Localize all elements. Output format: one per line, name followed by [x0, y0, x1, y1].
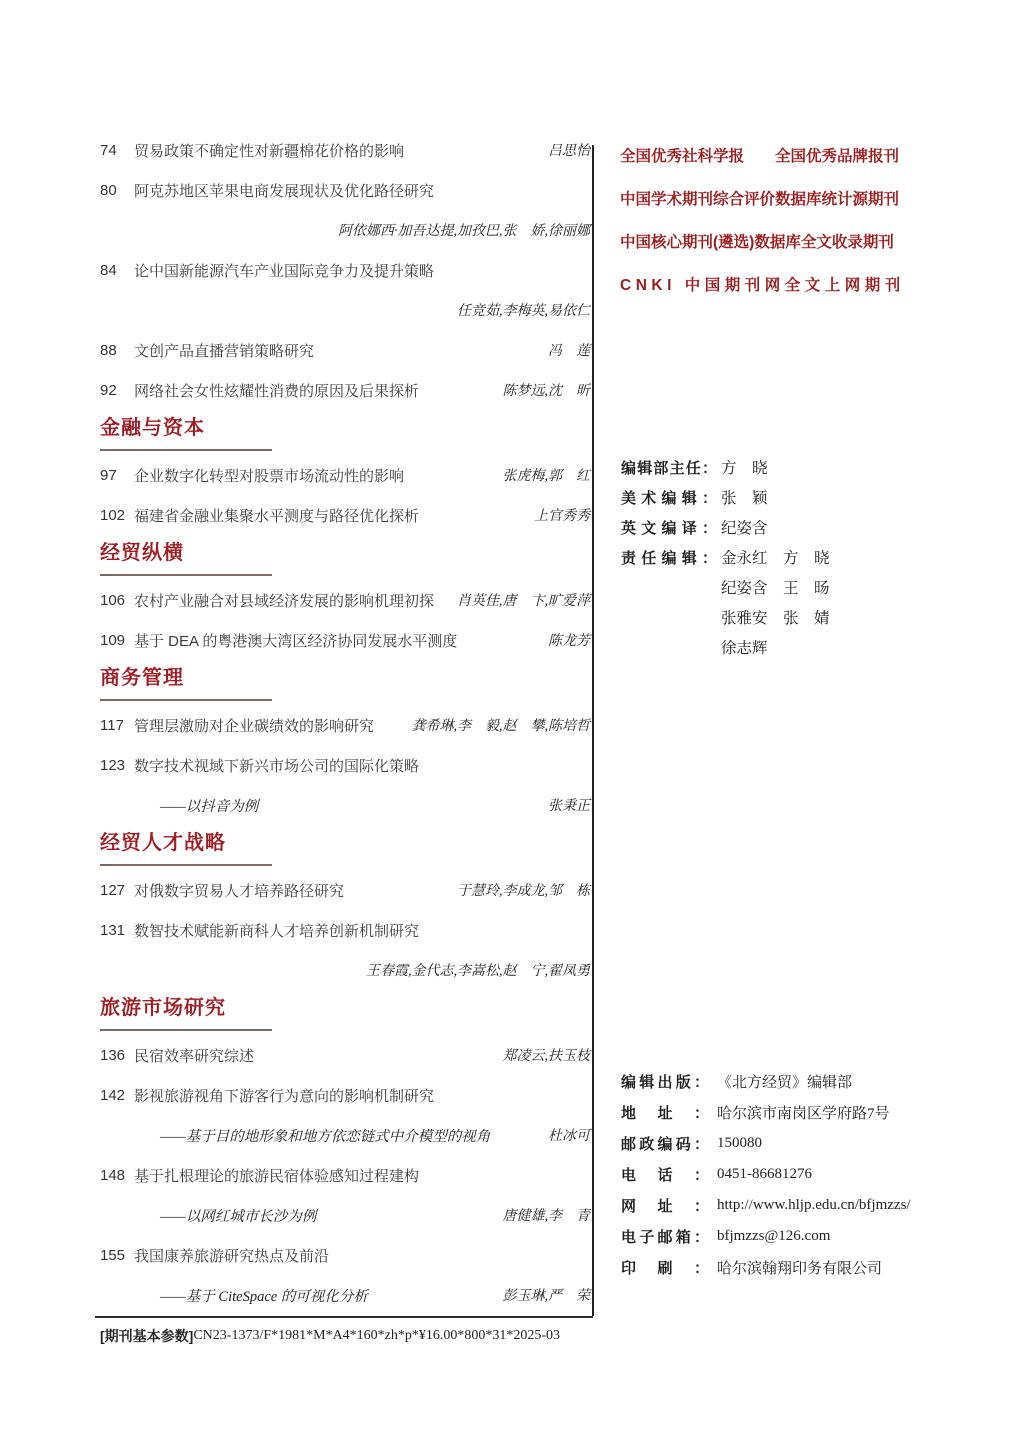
entry-title: 贸易政策不确定性对新疆棉花价格的影响 — [134, 140, 404, 161]
publisher-label: 电子邮箱： — [621, 1226, 709, 1247]
entry-title: 对俄数字贸易人才培养路径研究 — [134, 880, 344, 901]
entry-page-number: 136 — [100, 1047, 134, 1064]
toc-entry: 142 影视旅游视角下游客行为意向的影响机制研究 — [100, 1075, 590, 1115]
section-title: 经贸人才战略 — [100, 831, 590, 855]
toc-entry: 131 数智技术赋能新商科人才培养创新机制研究 — [100, 910, 590, 950]
toc-entry: 136 民宿效率研究综述 郑凌云,扶玉枝 — [100, 1035, 590, 1075]
entry-subtitle: ——以网红城市长沙为例 — [160, 1205, 316, 1226]
editorial-label: 英文编译： — [621, 517, 717, 538]
entry-authors: 冯 莲 — [540, 340, 590, 360]
entry-title: 我国康养旅游研究热点及前沿 — [134, 1245, 329, 1266]
publisher-info-block: 编辑出版： 《北方经贸》编辑部 地址： 哈尔滨市南岗区学府路7号 邮政编码： 1… — [621, 1066, 923, 1283]
entry-page-number: 92 — [100, 382, 134, 399]
toc-entry: 106 农村产业融合对县域经济发展的影响机理初探 肖英佳,唐 卞,旷爱萍 — [100, 580, 590, 620]
entry-authors: 阿依娜西·加吾达提,加孜巴,张 娇,徐丽娜 — [330, 220, 590, 240]
entry-page-number: 148 — [100, 1167, 134, 1184]
toc-entry: 88 文创产品直播营销策略研究 冯 莲 — [100, 330, 590, 370]
publisher-value: 150080 — [709, 1135, 762, 1152]
footer-value: CN23-1373/F*1981*M*A4*160*zh*p*¥16.00*80… — [193, 1328, 560, 1344]
publisher-value: 《北方经贸》编辑部 — [709, 1071, 852, 1092]
vertical-divider — [592, 145, 594, 1316]
section-header-finance: 金融与资本 — [100, 416, 590, 451]
publisher-value: 哈尔滨翰翔印务有限公司 — [709, 1257, 882, 1278]
publisher-value: 0451-86681276 — [709, 1166, 812, 1183]
entry-page-number: 117 — [100, 717, 134, 734]
entry-title: 网络社会女性炫耀性消费的原因及后果探析 — [134, 380, 419, 401]
editorial-value: 徐志辉 — [717, 636, 768, 658]
publisher-row: 电子邮箱： bfjmzzs@126.com — [621, 1221, 923, 1252]
publisher-label: 电话： — [621, 1164, 709, 1185]
entry-title: 数智技术赋能新商科人才培养创新机制研究 — [134, 920, 419, 941]
entry-authors: 吕思怡 — [540, 140, 590, 160]
section-header-talent: 经贸人才战略 — [100, 831, 590, 866]
entry-authors: 杜冰可 — [540, 1125, 590, 1145]
entry-title: 基于扎根理论的旅游民宿体验感知过程建构 — [134, 1165, 419, 1186]
editorial-row: 责任编辑： 金永红 方 晓 — [621, 542, 921, 572]
editorial-row: 美术编辑： 张 颖 — [621, 482, 921, 512]
publisher-label: 网址： — [621, 1195, 709, 1216]
entry-page-number: 88 — [100, 342, 134, 359]
publisher-website-url: http://www.hljp.edu.cn/bfjmzzs/ — [709, 1197, 911, 1214]
entry-subtitle-line: ——基于目的地形象和地方依恋链式中介模型的视角 杜冰可 — [100, 1115, 590, 1155]
toc-entry: 97 企业数字化转型对股票市场流动性的影响 张虎梅,郭 红 — [100, 455, 590, 495]
entry-authors: 彭玉琳,严 荣 — [495, 1285, 591, 1305]
toc-entry: 148 基于扎根理论的旅游民宿体验感知过程建构 — [100, 1155, 590, 1195]
journal-accolades: 全国优秀社科学报 全国优秀品牌报刊 中国学术期刊综合评价数据库统计源期刊 中国核… — [620, 133, 916, 305]
entry-authors-line: 王春霞,金代志,李嵩松,赵 宁,翟凤勇 — [100, 950, 590, 990]
publisher-label: 邮政编码： — [621, 1133, 709, 1154]
entry-title: 数字技术视域下新兴市场公司的国际化策略 — [134, 755, 419, 776]
toc-entry: 74 贸易政策不确定性对新疆棉花价格的影响 吕思怡 — [100, 130, 590, 170]
entry-page-number: 80 — [100, 182, 134, 199]
entry-page-number: 109 — [100, 632, 134, 649]
entry-page-number: 155 — [100, 1247, 134, 1264]
editorial-row: 英文编译： 纪姿含 — [621, 512, 921, 542]
entry-subtitle: ——以抖音为例 — [160, 795, 258, 816]
entry-page-number: 74 — [100, 142, 134, 159]
publisher-label: 地址： — [621, 1102, 709, 1123]
entry-page-number: 97 — [100, 467, 134, 484]
entry-subtitle-line: ——以网红城市长沙为例 唐健雄,李 青 — [100, 1195, 590, 1235]
footer-rule — [95, 1316, 593, 1318]
entry-title: 民宿效率研究综述 — [134, 1045, 254, 1066]
toc-entry: 109 基于 DEA 的粤港澳大湾区经济协同发展水平测度 陈龙芳 — [100, 620, 590, 660]
accolade-line: 全国优秀社科学报 全国优秀品牌报刊 — [620, 133, 916, 176]
toc-entry: 84 论中国新能源汽车产业国际竞争力及提升策略 — [100, 250, 590, 290]
entry-page-number: 102 — [100, 507, 134, 524]
publisher-row: 网址： http://www.hljp.edu.cn/bfjmzzs/ — [621, 1190, 923, 1221]
section-underline — [100, 574, 272, 576]
editorial-label: 责任编辑： — [621, 547, 717, 568]
publisher-email: bfjmzzs@126.com — [709, 1228, 830, 1245]
entry-title: 农村产业融合对县域经济发展的影响机理初探 — [134, 590, 434, 611]
entry-authors: 肖英佳,唐 卞,旷爱萍 — [449, 590, 590, 610]
entry-page-number: 123 — [100, 757, 134, 774]
entry-subtitle-line: ——以抖音为例 张秉正 — [100, 785, 590, 825]
toc-entry: 155 我国康养旅游研究热点及前沿 — [100, 1235, 590, 1275]
entry-authors: 于慧玲,李成龙,邹 栋 — [449, 880, 590, 900]
entry-authors: 张秉正 — [540, 795, 590, 815]
editorial-label: 编辑部主任： — [621, 457, 717, 478]
entry-authors: 唐健雄,李 青 — [495, 1205, 591, 1225]
accolade-line: 中国核心期刊(遴选)数据库全文收录期刊 — [620, 219, 916, 262]
accolade-line: 中国学术期刊综合评价数据库统计源期刊 — [620, 176, 916, 219]
section-header-tourism: 旅游市场研究 — [100, 996, 590, 1031]
accolade-line: CNKI 中国期刊网全文上网期刊 — [620, 262, 916, 305]
publisher-label: 印刷： — [621, 1257, 709, 1278]
publisher-row: 邮政编码： 150080 — [621, 1128, 923, 1159]
editorial-value: 纪姿含 — [717, 516, 768, 538]
entry-title: 论中国新能源汽车产业国际竞争力及提升策略 — [134, 260, 434, 281]
toc-entry: 80 阿克苏地区苹果电商发展现状及优化路径研究 — [100, 170, 590, 210]
toc-entry: 127 对俄数字贸易人才培养路径研究 于慧玲,李成龙,邹 栋 — [100, 870, 590, 910]
section-title: 旅游市场研究 — [100, 996, 590, 1020]
toc-entry: 92 网络社会女性炫耀性消费的原因及后果探析 陈梦远,沈 昕 — [100, 370, 590, 410]
entry-authors: 陈梦远,沈 昕 — [495, 380, 591, 400]
toc-column: 74 贸易政策不确定性对新疆棉花价格的影响 吕思怡 80 阿克苏地区苹果电商发展… — [100, 130, 590, 1315]
editorial-value: 金永红 方 晓 — [717, 546, 830, 568]
journal-parameters-footer: [期刊基本参数] CN23-1373/F*1981*M*A4*160*zh*p*… — [100, 1326, 560, 1346]
entry-authors: 王春霞,金代志,李嵩松,赵 宁,翟凤勇 — [358, 960, 590, 980]
entry-authors: 上官秀秀 — [526, 505, 590, 525]
entry-title: 影视旅游视角下游客行为意向的影响机制研究 — [134, 1085, 434, 1106]
entry-page-number: 131 — [100, 922, 134, 939]
editorial-label: 美术编辑： — [621, 487, 717, 508]
footer-prefix: [期刊基本参数] — [100, 1326, 193, 1346]
editorial-value: 纪姿含 王 旸 — [717, 576, 830, 598]
entry-subtitle-line: ——基于 CiteSpace 的可视化分析 彭玉琳,严 荣 — [100, 1275, 590, 1315]
editorial-row: 纪姿含 王 旸 — [621, 572, 921, 602]
entry-authors: 龚希琳,李 毅,赵 攀,陈培哲 — [404, 715, 591, 735]
section-title: 商务管理 — [100, 666, 590, 690]
section-underline — [100, 449, 272, 451]
entry-authors: 张虎梅,郭 红 — [495, 465, 591, 485]
section-header-business: 商务管理 — [100, 666, 590, 701]
entry-authors-line: 任竞茹,李梅英,易依仁 — [100, 290, 590, 330]
entry-authors: 任竞茹,李梅英,易依仁 — [449, 300, 590, 320]
editorial-value: 张 颖 — [717, 486, 768, 508]
editorial-row: 编辑部主任： 方 晓 — [621, 452, 921, 482]
publisher-label: 编辑出版： — [621, 1071, 709, 1092]
entry-title: 基于 DEA 的粤港澳大湾区经济协同发展水平测度 — [134, 630, 457, 651]
entry-title: 福建省金融业集聚水平测度与路径优化探析 — [134, 505, 419, 526]
editorial-value: 张雅安 张 婧 — [717, 606, 830, 628]
entry-authors: 陈龙芳 — [540, 630, 590, 650]
entry-page-number: 106 — [100, 592, 134, 609]
publisher-row: 印刷： 哈尔滨翰翔印务有限公司 — [621, 1252, 923, 1283]
toc-entry: 123 数字技术视域下新兴市场公司的国际化策略 — [100, 745, 590, 785]
section-underline — [100, 699, 272, 701]
editorial-row: 张雅安 张 婧 — [621, 602, 921, 632]
entry-title: 企业数字化转型对股票市场流动性的影响 — [134, 465, 404, 486]
entry-authors: 郑凌云,扶玉枝 — [495, 1045, 591, 1065]
section-title: 金融与资本 — [100, 416, 590, 440]
entry-page-number: 142 — [100, 1087, 134, 1104]
publisher-value: 哈尔滨市南岗区学府路7号 — [709, 1102, 890, 1123]
entry-authors-line: 阿依娜西·加吾达提,加孜巴,张 娇,徐丽娜 — [100, 210, 590, 250]
publisher-row: 编辑出版： 《北方经贸》编辑部 — [621, 1066, 923, 1097]
entry-title: 文创产品直播营销策略研究 — [134, 340, 314, 361]
editorial-value: 方 晓 — [717, 456, 768, 478]
editorial-staff-block: 编辑部主任： 方 晓 美术编辑： 张 颖 英文编译： 纪姿含 责任编辑： 金永红… — [621, 452, 921, 662]
entry-title: 管理层激励对企业碳绩效的影响研究 — [134, 715, 374, 736]
entry-subtitle: ——基于目的地形象和地方依恋链式中介模型的视角 — [160, 1125, 490, 1146]
toc-entry: 102 福建省金融业集聚水平测度与路径优化探析 上官秀秀 — [100, 495, 590, 535]
section-title: 经贸纵横 — [100, 541, 590, 565]
entry-page-number: 84 — [100, 262, 134, 279]
section-header-trade: 经贸纵横 — [100, 541, 590, 576]
section-underline — [100, 864, 272, 866]
section-underline — [100, 1029, 272, 1031]
editorial-row: 徐志辉 — [621, 632, 921, 662]
entry-title: 阿克苏地区苹果电商发展现状及优化路径研究 — [134, 180, 434, 201]
publisher-row: 地址： 哈尔滨市南岗区学府路7号 — [621, 1097, 923, 1128]
publisher-row: 电话： 0451-86681276 — [621, 1159, 923, 1190]
toc-entry: 117 管理层激励对企业碳绩效的影响研究 龚希琳,李 毅,赵 攀,陈培哲 — [100, 705, 590, 745]
entry-page-number: 127 — [100, 882, 134, 899]
entry-subtitle: ——基于 CiteSpace 的可视化分析 — [160, 1285, 368, 1306]
